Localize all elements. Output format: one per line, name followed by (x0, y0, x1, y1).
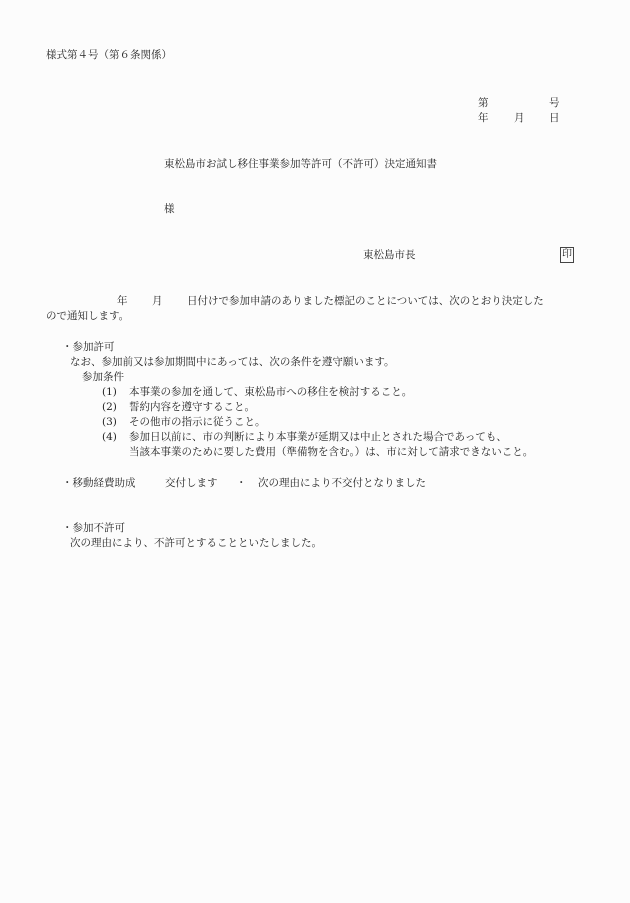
subsidy-option-grant: 交付します (165, 477, 218, 490)
issuer: 東松島市長 (363, 249, 416, 262)
condition-text: 参加日以前に、市の判断により本事業が延期又は中止とされた場合であっても、 (129, 431, 507, 444)
intro-year: 年 (117, 295, 128, 308)
deny-heading: ・参加不許可 (62, 522, 125, 535)
condition-text: 本事業の参加を通して、東松島市への移住を検討すること。 (129, 386, 412, 399)
condition-text-cont: 当該本事業のために要した費用（準備物を含む。）は、市に対して請求できないこと。 (129, 446, 533, 459)
condition-text: その他市の指示に従うこと。 (129, 416, 266, 429)
permit-heading: ・参加許可 (62, 341, 115, 354)
intro-line-1: 日付けで参加申請のありました標記のことについては、次のとおり決定した (187, 295, 544, 308)
doc-number-prefix: 第 (478, 97, 489, 110)
intro-month: 月 (152, 295, 163, 308)
page-title: 東松島市お試し移住事業参加等許可（不許可）決定通知書 (164, 158, 437, 171)
conditions-heading: 参加条件 (82, 371, 124, 384)
condition-text: 誓約内容を遵守すること。 (129, 401, 255, 414)
deny-text: 次の理由により、不許可とすることといたしました。 (70, 537, 322, 550)
condition-num: (2) (102, 401, 117, 414)
doc-date-year: 年 (478, 112, 489, 125)
doc-date-month: 月 (514, 112, 525, 125)
doc-number-suffix: 号 (549, 97, 560, 110)
doc-date-day: 日 (549, 112, 560, 125)
condition-num: (1) (102, 386, 117, 399)
condition-num: (3) (102, 416, 117, 429)
permit-note: なお、参加前又は参加期間中にあっては、次の条件を遵守願います。 (70, 356, 395, 369)
intro-line-2: ので通知します。 (46, 310, 129, 323)
subsidy-separator: ・ (236, 477, 247, 490)
subsidy-heading: ・移動経費助成 (62, 477, 136, 490)
subsidy-option-deny: 次の理由により不交付となりました (258, 477, 426, 490)
seal-mark: 印 (560, 247, 574, 263)
condition-num: (4) (102, 431, 117, 444)
addressee-suffix: 様 (164, 203, 175, 216)
form-label: 様式第４号（第６条関係） (46, 49, 172, 62)
